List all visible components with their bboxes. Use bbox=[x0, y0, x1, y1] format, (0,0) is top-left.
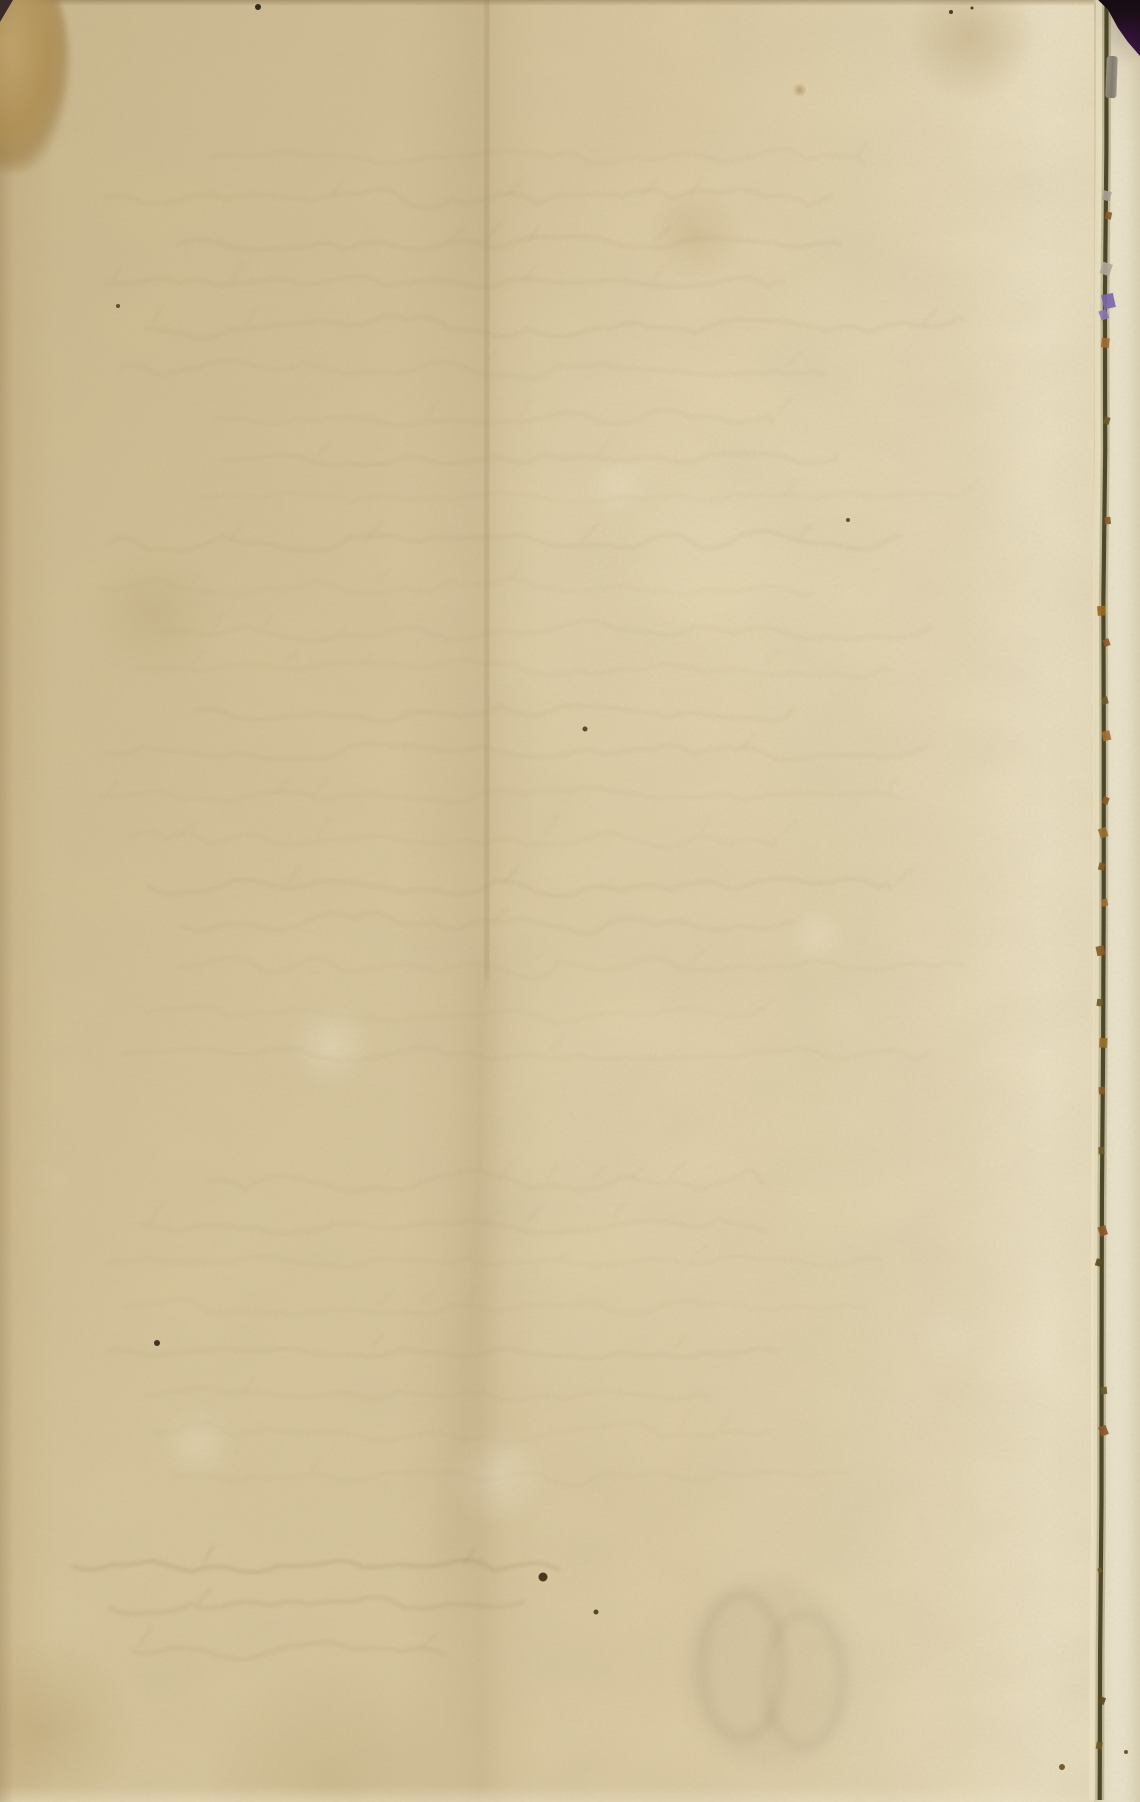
manuscript-page bbox=[0, 0, 1103, 1802]
binding-repair-mark bbox=[1105, 56, 1117, 98]
corner-stain bbox=[0, 0, 70, 172]
manuscript-photo bbox=[0, 0, 1140, 1802]
adjacent-page-edge bbox=[1094, 0, 1140, 1802]
